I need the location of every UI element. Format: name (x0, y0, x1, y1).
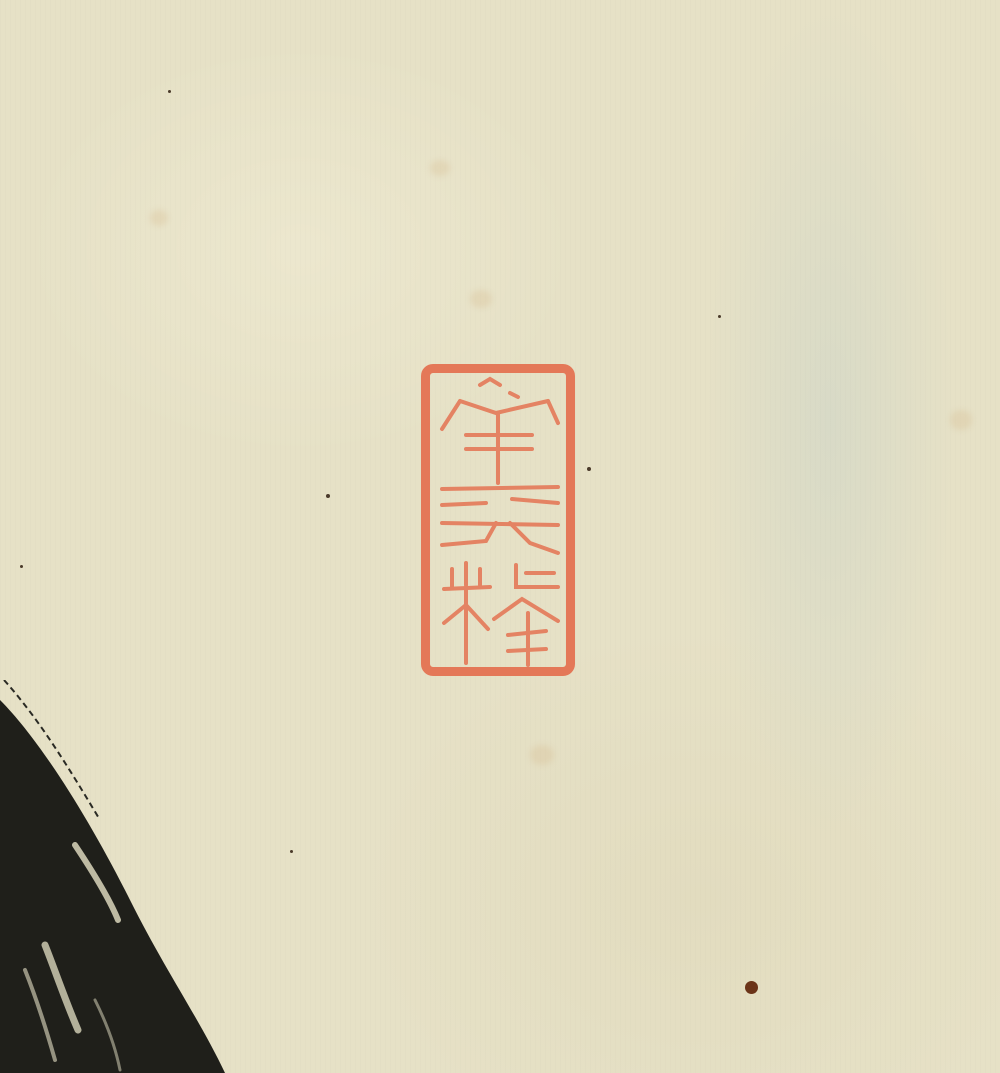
paper-speck (718, 315, 721, 318)
paper-speck (290, 850, 293, 853)
aged-paper: archaic seal-script glyphs, stacked in t… (0, 0, 1000, 1073)
paper-speck (587, 467, 591, 471)
paper-stain (150, 210, 168, 226)
ink-brushstroke (0, 680, 240, 1073)
red-seal-stamp: archaic seal-script glyphs, stacked in t… (421, 364, 575, 676)
paper-stain (470, 290, 492, 308)
paper-speck (168, 90, 171, 93)
paper-speck (326, 494, 330, 498)
brown-spot (745, 981, 758, 994)
seal-script-glyphs-icon (430, 373, 566, 667)
paper-speck (20, 565, 23, 568)
paper-stain (430, 160, 450, 176)
paper-stain (950, 410, 972, 430)
paper-stain (530, 745, 554, 765)
